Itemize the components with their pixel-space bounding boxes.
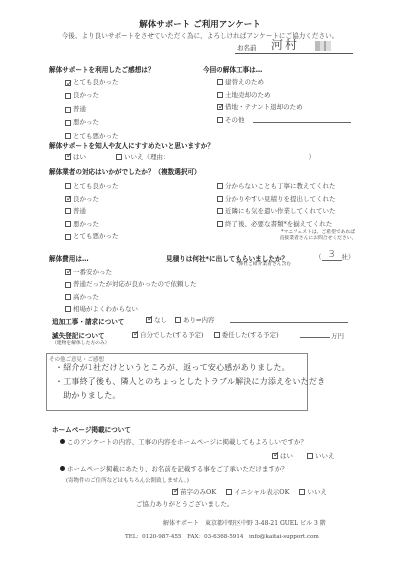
q7-question: 追加工事・請求について xyxy=(52,316,124,326)
thanks-message: ご協力ありがとうございました。 xyxy=(136,499,234,508)
checkbox-icon[interactable] xyxy=(214,332,220,338)
homepage-q2-surname-only[interactable]: 苗字のみOK xyxy=(172,487,216,496)
checkbox-icon[interactable] xyxy=(65,107,71,113)
bullet-icon xyxy=(60,466,65,471)
q4-option-normal[interactable]: 普通 xyxy=(65,205,119,218)
checkbox-icon[interactable] xyxy=(116,154,122,160)
name-label: お名前 xyxy=(237,43,257,52)
checkbox-checked-icon[interactable] xyxy=(65,269,71,275)
checkbox-icon[interactable] xyxy=(217,117,223,123)
q2-options: 建替えのため 土地売却のため 借地・テナント退却のため その他 xyxy=(217,76,351,126)
q4-option-good[interactable]: 良かった xyxy=(65,193,119,206)
q4-option-bad[interactable]: 悪かった xyxy=(65,218,119,231)
checkbox-icon[interactable] xyxy=(65,306,71,312)
checkbox-checked-icon[interactable] xyxy=(217,104,223,110)
homepage-q1-yes[interactable]: はい xyxy=(272,451,293,460)
q3-question: 解体サポートを知人や友人にすすめたいと思いますか？ xyxy=(49,140,214,150)
q8-option-self[interactable]: 自分でした(する予定) xyxy=(132,330,204,339)
bullet-icon xyxy=(60,439,65,444)
q4-option-very-bad[interactable]: とても悪かった xyxy=(65,230,119,243)
checkbox-checked-icon[interactable] xyxy=(172,489,178,495)
q5-option-unknown[interactable]: 相場がよくわからない xyxy=(65,303,197,315)
checkbox-icon[interactable] xyxy=(65,221,71,227)
checkbox-icon[interactable] xyxy=(226,489,232,495)
q4-option-explained[interactable]: 分からないことも丁寧に教えてくれた xyxy=(217,180,336,193)
checkbox-icon[interactable] xyxy=(307,453,313,459)
checkbox-icon[interactable] xyxy=(65,294,71,300)
checkbox-icon[interactable] xyxy=(175,317,181,323)
comments-box[interactable]: その他ご意見・ご感想 ・紹介が1社だけというところが、返って安心感がありました。… xyxy=(46,353,308,411)
homepage-q2-options: 苗字のみOK イニシャル表示OK いいえ xyxy=(172,487,327,496)
checkbox-icon[interactable] xyxy=(65,120,71,126)
q4-question: 解体業者の対応はいかがでしたか？（複数選択可） xyxy=(49,166,201,176)
q8-options: 自分でした(する予定) 委任した(する予定) xyxy=(132,330,279,339)
q4-option-neighbor-care[interactable]: 近隣にも気を遣い作業してくれていた xyxy=(217,205,336,218)
q5-option-expensive[interactable]: 高かった xyxy=(65,291,197,303)
manifest-note: *マニフェストは、ご希望であれば 直接業者さんにお問合せください。 xyxy=(268,230,368,242)
yen-unit: 万円 xyxy=(331,331,344,340)
homepage-q2-no[interactable]: いいえ xyxy=(299,487,327,496)
additional-work-detail-line[interactable] xyxy=(230,314,348,323)
q6-note: *弊社ご紹介業者さん含む xyxy=(236,262,291,268)
other-input-line[interactable] xyxy=(253,117,351,123)
estimate-count-field[interactable]: （ 3 社） xyxy=(315,249,355,261)
comment-line-1: ・紹介が1社だけというところが、返って安心感がありました。 xyxy=(55,362,290,373)
checkbox-icon[interactable] xyxy=(217,196,223,202)
q5-options: 一番安かった 普通だったが対応が良かったので依頼した 高かった 相場がよくわから… xyxy=(65,266,197,316)
checkbox-icon[interactable] xyxy=(65,133,71,139)
checkbox-icon[interactable] xyxy=(217,208,223,214)
q2-option-other[interactable]: その他 xyxy=(217,114,351,127)
checkbox-icon[interactable] xyxy=(217,92,223,98)
checkbox-icon[interactable] xyxy=(65,93,71,99)
comment-line-3: 助かりました。 xyxy=(55,390,121,401)
checkbox-icon[interactable] xyxy=(65,234,71,240)
survey-title: 解体サポート ご利用アンケート xyxy=(0,18,400,30)
homepage-q1-no[interactable]: いいえ xyxy=(307,451,335,460)
checkbox-icon[interactable] xyxy=(65,183,71,189)
q2-option-land-sale[interactable]: 土地売却のため xyxy=(217,89,351,102)
estimate-count-value: 3 xyxy=(322,249,342,261)
q7-options: なし あり⇒内容 xyxy=(146,315,214,324)
registration-cost-line[interactable] xyxy=(300,329,330,338)
q2-question: 今回の解体工事は… xyxy=(203,64,262,74)
q4-option-documents[interactable]: 終了後、必要な書類*を揃えてくれた xyxy=(217,218,336,231)
homepage-q2: ホームページ掲載にあたり、お名前を記載する事をご了承いただけますか？ xyxy=(60,464,288,473)
footer-address: 解体サポート 東京都中野区中野 3-48-21 GUEL ビル 3 階 xyxy=(163,518,326,527)
q8-sub: （建物を解体した方のみ） xyxy=(52,339,110,346)
checkbox-icon[interactable] xyxy=(217,183,223,189)
comment-line-2: ・工事終了後も、隣人とのちょっとしたトラブル解決に力添えをいただき xyxy=(55,376,325,387)
q4-option-very-good[interactable]: とても良かった xyxy=(65,180,119,193)
q3-option-yes[interactable]: はい xyxy=(65,152,86,161)
checkbox-checked-icon[interactable] xyxy=(272,453,278,459)
homepage-q1-options: はい いいえ xyxy=(272,451,335,460)
name-field[interactable]: お名前 河村 xyxy=(235,40,353,54)
checkbox-icon[interactable] xyxy=(299,489,305,495)
checkbox-checked-icon[interactable] xyxy=(146,317,152,323)
q4-option-clear-estimate[interactable]: 分かりやすい見積りを提出してくれた xyxy=(217,193,336,206)
checkbox-icon[interactable] xyxy=(217,221,223,227)
q7-option-none[interactable]: なし xyxy=(146,315,167,324)
q5-option-cheapest[interactable]: 一番安かった xyxy=(65,266,197,278)
checkbox-icon[interactable] xyxy=(217,79,223,85)
redacted-name xyxy=(315,41,331,51)
checkbox-checked-icon[interactable] xyxy=(65,196,71,202)
homepage-q1: このアンケートの内容、工事の内容をホームページに掲載してもよろしいですか？ xyxy=(60,437,307,446)
q2-option-lease-exit[interactable]: 借地・テナント退却のため xyxy=(217,101,351,114)
close-paren: ） xyxy=(309,152,316,161)
q4-right-options: 分からないことも丁寧に教えてくれた 分かりやすい見積りを提出してくれた 近隣にも… xyxy=(217,180,336,230)
checkbox-checked-icon[interactable] xyxy=(65,80,71,86)
q3-options: はい いいえ（理由： ） xyxy=(65,152,315,161)
q1-option-very-good[interactable]: とても良かった xyxy=(65,76,119,89)
name-value: 河村 xyxy=(271,36,299,53)
q1-option-normal[interactable]: 普通 xyxy=(65,103,119,116)
homepage-q2-note: (寄物件のご住所などはもちろん公開致しません。) xyxy=(66,476,189,484)
q5-question: 解体費用は… xyxy=(49,253,89,263)
q3-option-no[interactable]: いいえ（理由： xyxy=(116,152,170,161)
q1-options: とても良かった 良かった 普通 悪かった とても悪かった xyxy=(65,76,119,143)
homepage-q2-initials[interactable]: イニシャル表示OK xyxy=(226,487,289,496)
checkbox-checked-icon[interactable] xyxy=(65,154,71,160)
homepage-title: ホームページ掲載について xyxy=(52,424,131,434)
q7-option-yes[interactable]: あり⇒内容 xyxy=(175,315,214,324)
q5-option-good-service[interactable]: 普通だったが対応が良かったので依頼した xyxy=(65,278,197,290)
checkbox-icon[interactable] xyxy=(65,282,71,288)
checkbox-checked-icon[interactable] xyxy=(132,332,138,338)
survey-subtitle: 今後、より良いサポートをさせていただく為に、よろしければアンケートにご協力くださ… xyxy=(0,30,400,40)
q2-option-rebuild[interactable]: 建替えのため xyxy=(217,76,351,89)
q1-option-good[interactable]: 良かった xyxy=(65,89,119,102)
q1-option-bad[interactable]: 悪かった xyxy=(65,116,119,129)
footer-contact: TEL：0120-987-455 FAX：03-6368-5914 info@k… xyxy=(125,532,319,540)
q8-option-delegated[interactable]: 委任した(する予定) xyxy=(214,330,279,339)
checkbox-icon[interactable] xyxy=(65,208,71,214)
q4-left-options: とても良かった 良かった 普通 悪かった とても悪かった xyxy=(65,180,119,243)
q1-question: 解体サポートを利用したご感想は？ xyxy=(49,64,155,74)
